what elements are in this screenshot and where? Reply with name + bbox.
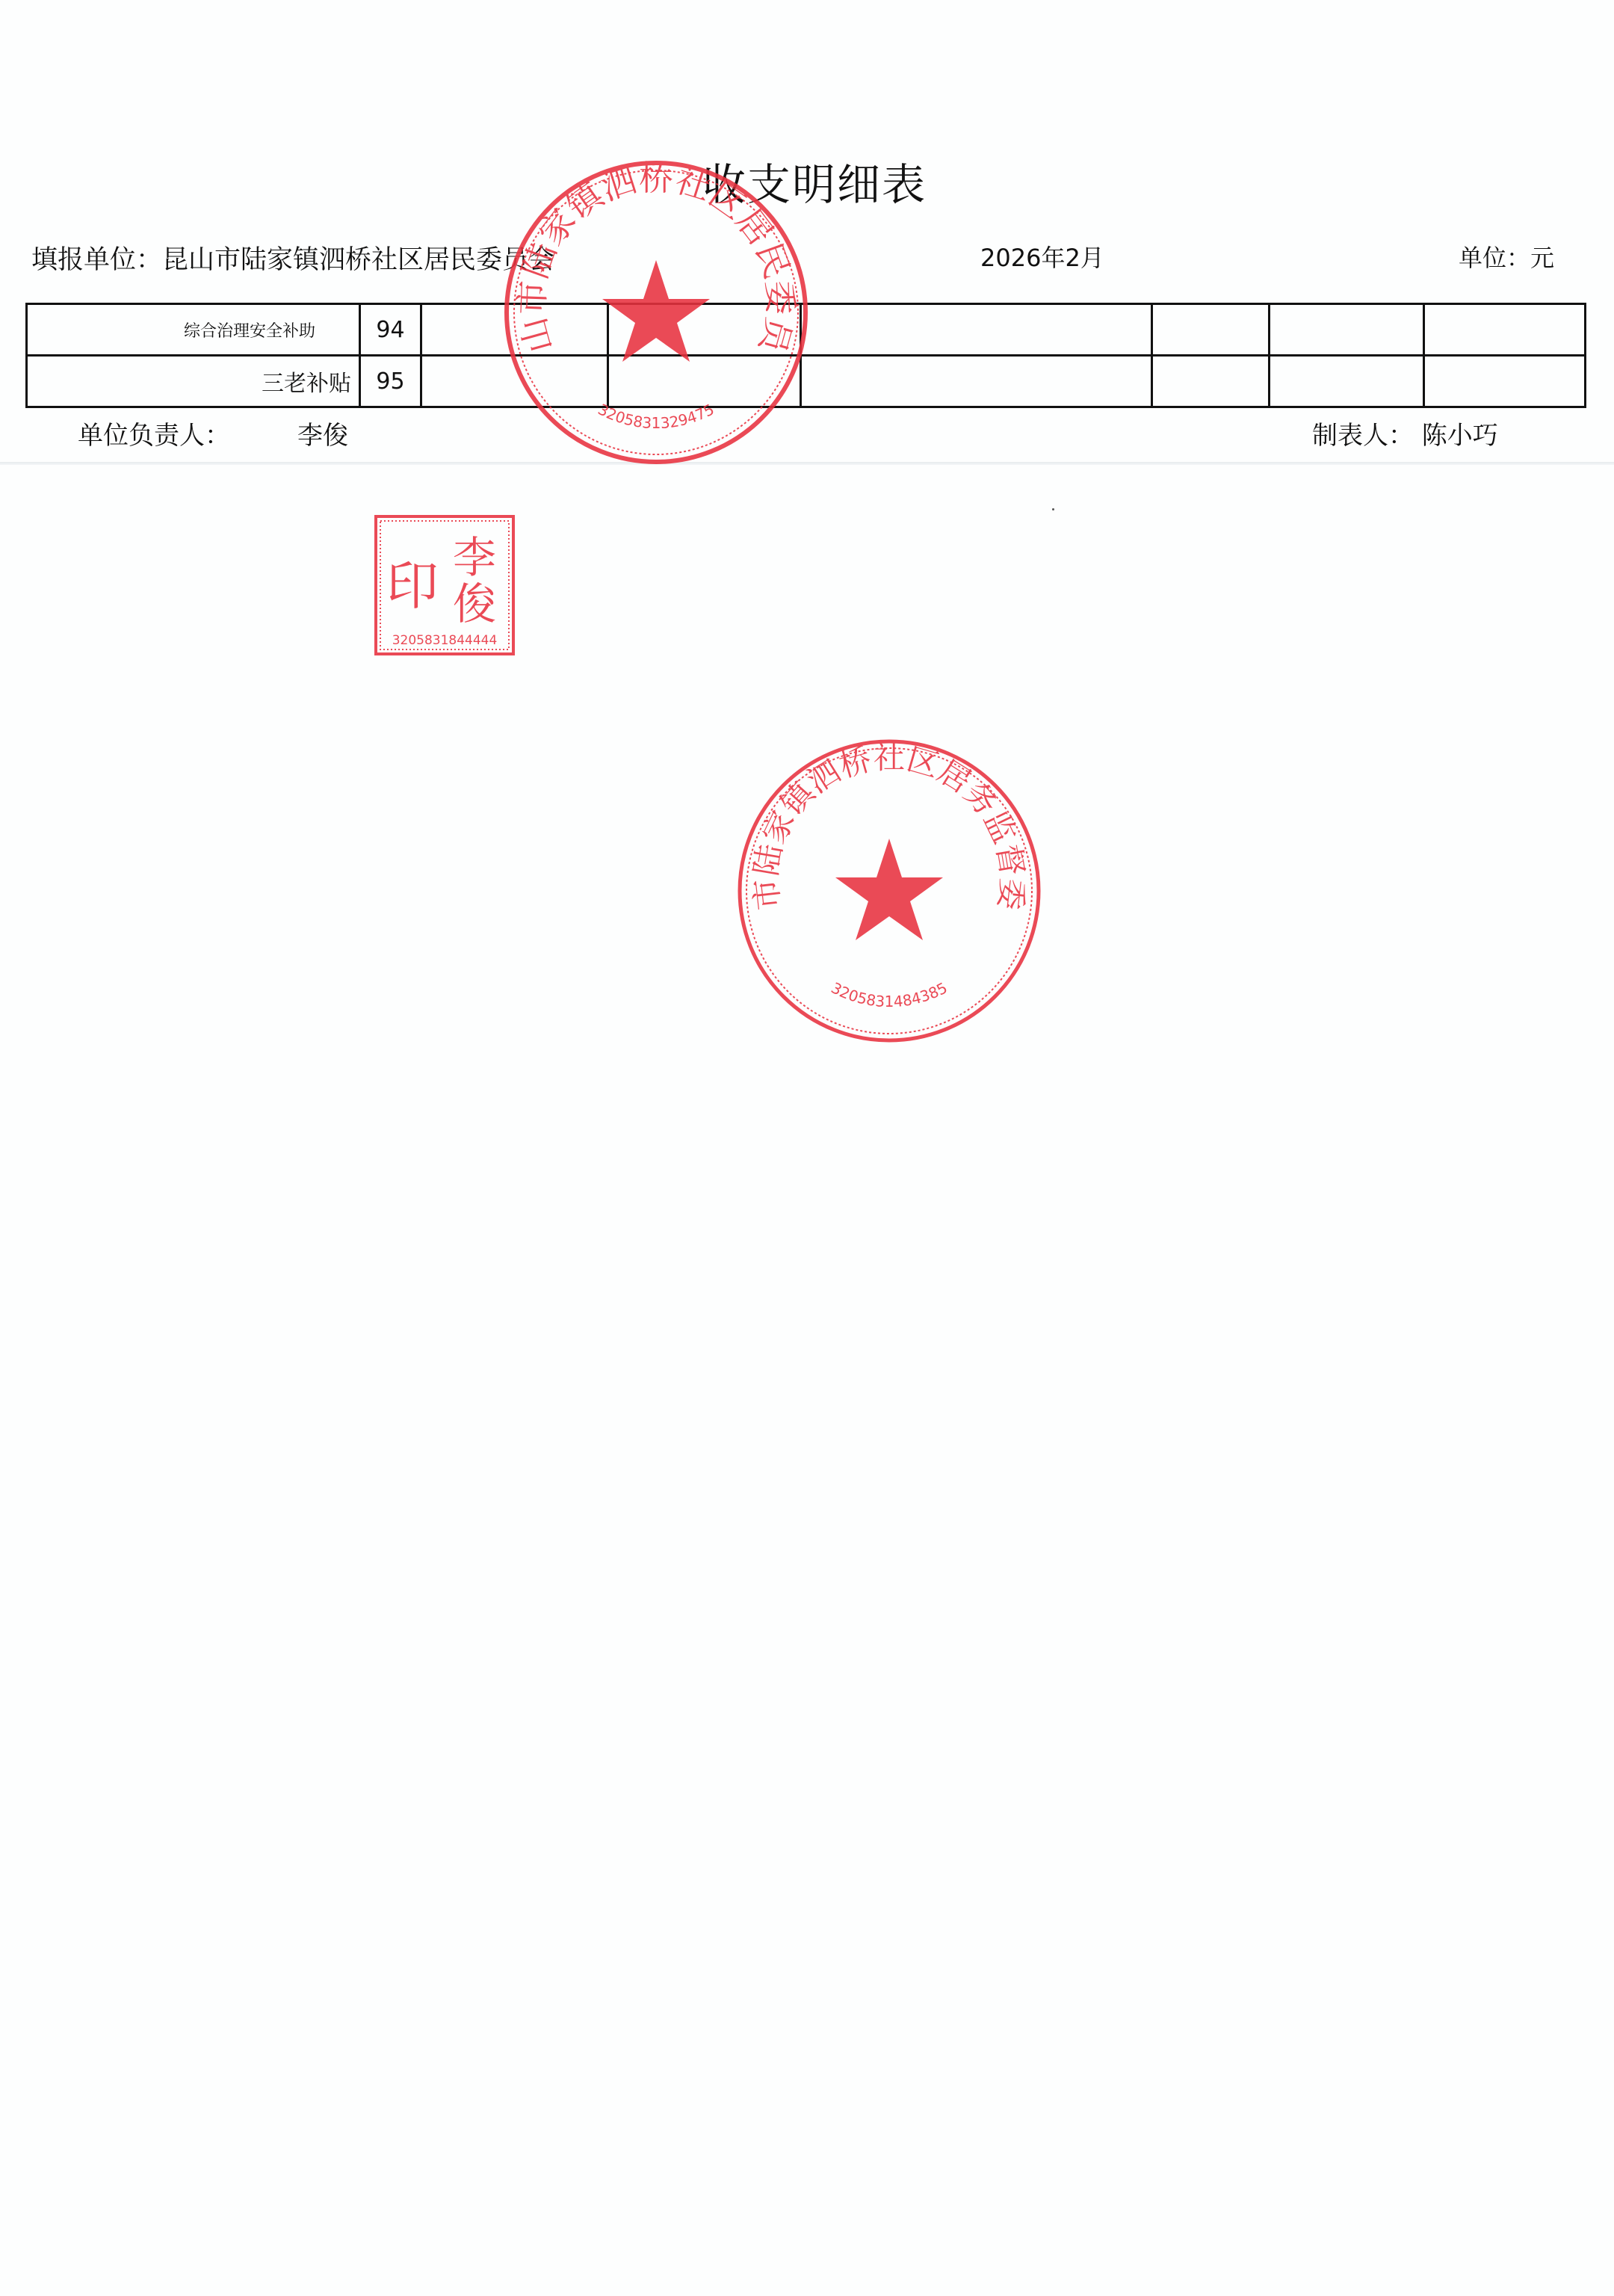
table-row: 三老补贴 95 — [27, 356, 1586, 407]
table-cell — [1152, 304, 1270, 356]
row-code: 95 — [360, 356, 421, 407]
table-cell — [1270, 304, 1424, 356]
svg-text:3205831484385: 3205831484385 — [828, 978, 950, 1010]
table-cell — [608, 304, 801, 356]
table-cell — [1152, 356, 1270, 407]
page-separator — [0, 462, 1614, 465]
ledger-table: 综合治理安全补助 94 三老补贴 95 — [25, 303, 1586, 408]
table-cell — [608, 356, 801, 407]
table-cell — [421, 304, 608, 356]
svg-text:3205831844444: 3205831844444 — [392, 633, 498, 648]
svg-text:昆山市陆家镇泗桥社区居务监督委员会: 昆山市陆家镇泗桥社区居务监督委员会 — [732, 734, 1031, 912]
table-cell — [1424, 304, 1586, 356]
table-cell — [1424, 356, 1586, 407]
table-cell — [1270, 356, 1424, 407]
table-cell — [421, 356, 608, 407]
report-period: 2026年2月 — [980, 239, 1104, 274]
preparer: 制表人： 陈小巧 — [1312, 415, 1498, 451]
svg-text:李: 李 — [453, 532, 496, 583]
scan-speck — [1052, 508, 1054, 510]
row-item-name: 综合治理安全补助 — [27, 304, 360, 356]
row-code: 94 — [360, 304, 421, 356]
document-title: 收支明细表 — [0, 149, 1614, 212]
responsible-person-label: 单位负责人： — [78, 415, 230, 451]
currency-unit: 单位：元 — [1459, 239, 1554, 274]
svg-text:印: 印 — [386, 555, 439, 617]
square-seal-icon: 印 李 俊 3205831844444 — [374, 514, 516, 656]
responsible-person-name: 李俊 — [297, 415, 348, 451]
supervisory-committee-seal: 昆山市陆家镇泗桥社区居务监督委员会 3205831484385 — [732, 734, 1046, 1048]
row-item-name: 三老补贴 — [27, 356, 360, 407]
round-seal-icon: 昆山市陆家镇泗桥社区居务监督委员会 3205831484385 — [732, 734, 1046, 1048]
table-cell — [801, 304, 1152, 356]
reporting-unit: 填报单位：昆山市陆家镇泗桥社区居民委员会 — [31, 239, 554, 277]
table-cell — [801, 356, 1152, 407]
personal-seal: 印 李 俊 3205831844444 — [374, 514, 516, 656]
svg-text:俊: 俊 — [453, 578, 496, 629]
table-row: 综合治理安全补助 94 — [27, 304, 1586, 356]
